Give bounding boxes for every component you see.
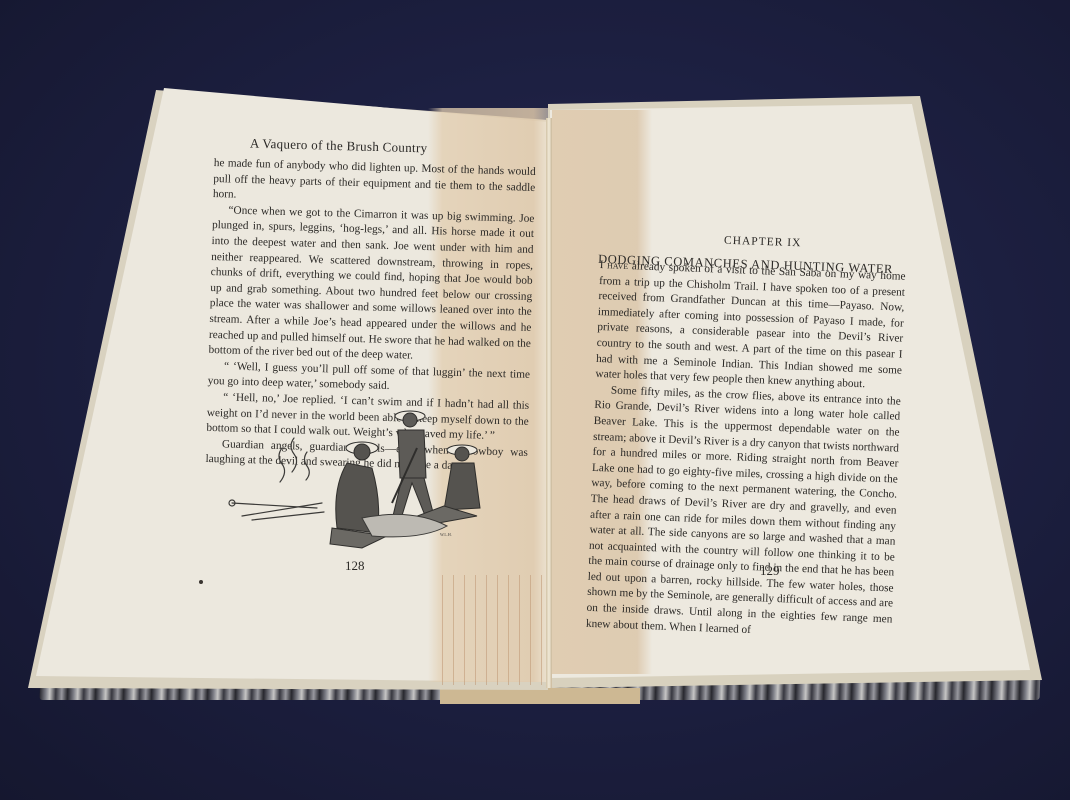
campfire-illustration: W.L.H. <box>212 408 492 558</box>
book-spine <box>546 118 552 688</box>
right-page-body: I have already spoken of a visit to the … <box>586 258 906 644</box>
paragraph: I have already spoken of a visit to the … <box>595 258 906 394</box>
left-gutter-fold-lines <box>432 575 542 685</box>
paragraph-text: already spoken of a visit to the San Sab… <box>595 260 905 390</box>
page-number-left: 128 <box>345 558 365 574</box>
paragraph: Some fifty miles, as the crow flies, abo… <box>586 383 901 644</box>
open-book: A Vaquero of the Brush Country he made f… <box>0 0 1070 800</box>
svg-text:W.L.H.: W.L.H. <box>440 532 452 537</box>
page-number-right: 129 <box>760 563 780 579</box>
paragraph: “Once when we got to the Cimarron it was… <box>208 203 534 368</box>
lead-in-small-caps: I have <box>600 259 629 272</box>
spine-cloth <box>440 688 640 704</box>
ink-dot <box>199 580 203 584</box>
